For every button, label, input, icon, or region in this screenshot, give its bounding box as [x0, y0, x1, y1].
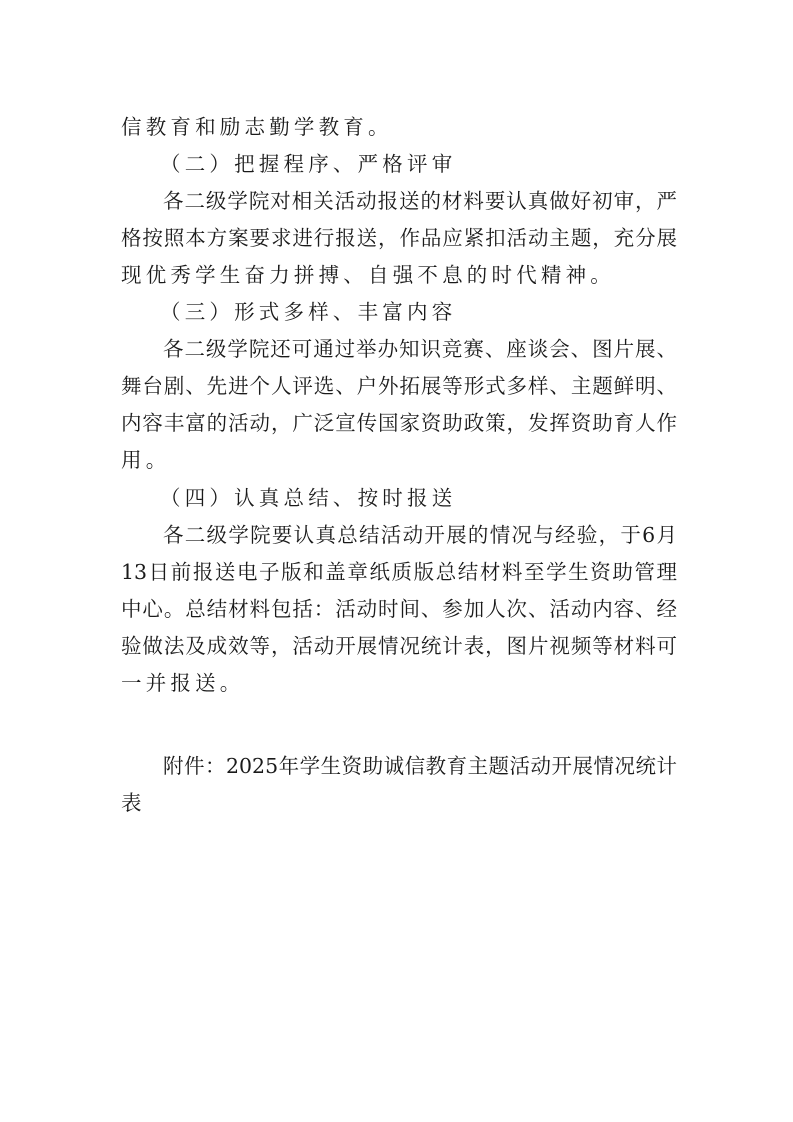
paragraph-line: 中心。总结材料包括：活动时间、参加人次、活动内容、经 [121, 591, 677, 628]
paragraph-line: 一并报送。 [121, 665, 677, 702]
paragraph-line: 现优秀学生奋力拼搏、自强不息的时代精神。 [121, 257, 677, 294]
paragraph-line: 各二级学院对相关活动报送的材料要认真做好初审，严 [163, 183, 677, 220]
paragraph-line: 13日前报送电子版和盖章纸质版总结材料至学生资助管理 [121, 554, 677, 591]
paragraph-line: 各二级学院要认真总结活动开展的情况与经验，于6月 [163, 517, 677, 554]
paragraph-line: 验做法及成效等，活动开展情况统计表，图片视频等材料可 [121, 628, 677, 665]
paragraph-line: 用。 [121, 442, 677, 479]
paragraph-line: 内容丰富的活动，广泛宣传国家资助政策，发挥资助育人作 [121, 405, 677, 442]
paragraph-line: 信教育和励志勤学教育。 [121, 109, 677, 146]
paragraph-line: 格按照本方案要求进行报送，作品应紧扣活动主题，充分展 [121, 220, 677, 257]
attachment-line: 表 [121, 785, 677, 822]
section-heading-3: （三）形式多样、丰富内容 [160, 294, 674, 331]
section-heading-4: （四）认真总结、按时报送 [160, 480, 674, 517]
document-page: 信教育和励志勤学教育。 （二）把握程序、严格评审 各二级学院对相关活动报送的材料… [0, 0, 793, 1122]
paragraph-line: 各二级学院还可通过举办知识竞赛、座谈会、图片展、 [163, 331, 677, 368]
paragraph-line: 舞台剧、先进个人评选、户外拓展等形式多样、主题鲜明、 [121, 368, 677, 405]
attachment-line: 附件：2025年学生资助诚信教育主题活动开展情况统计 [163, 748, 677, 785]
section-heading-2: （二）把握程序、严格评审 [160, 146, 674, 183]
